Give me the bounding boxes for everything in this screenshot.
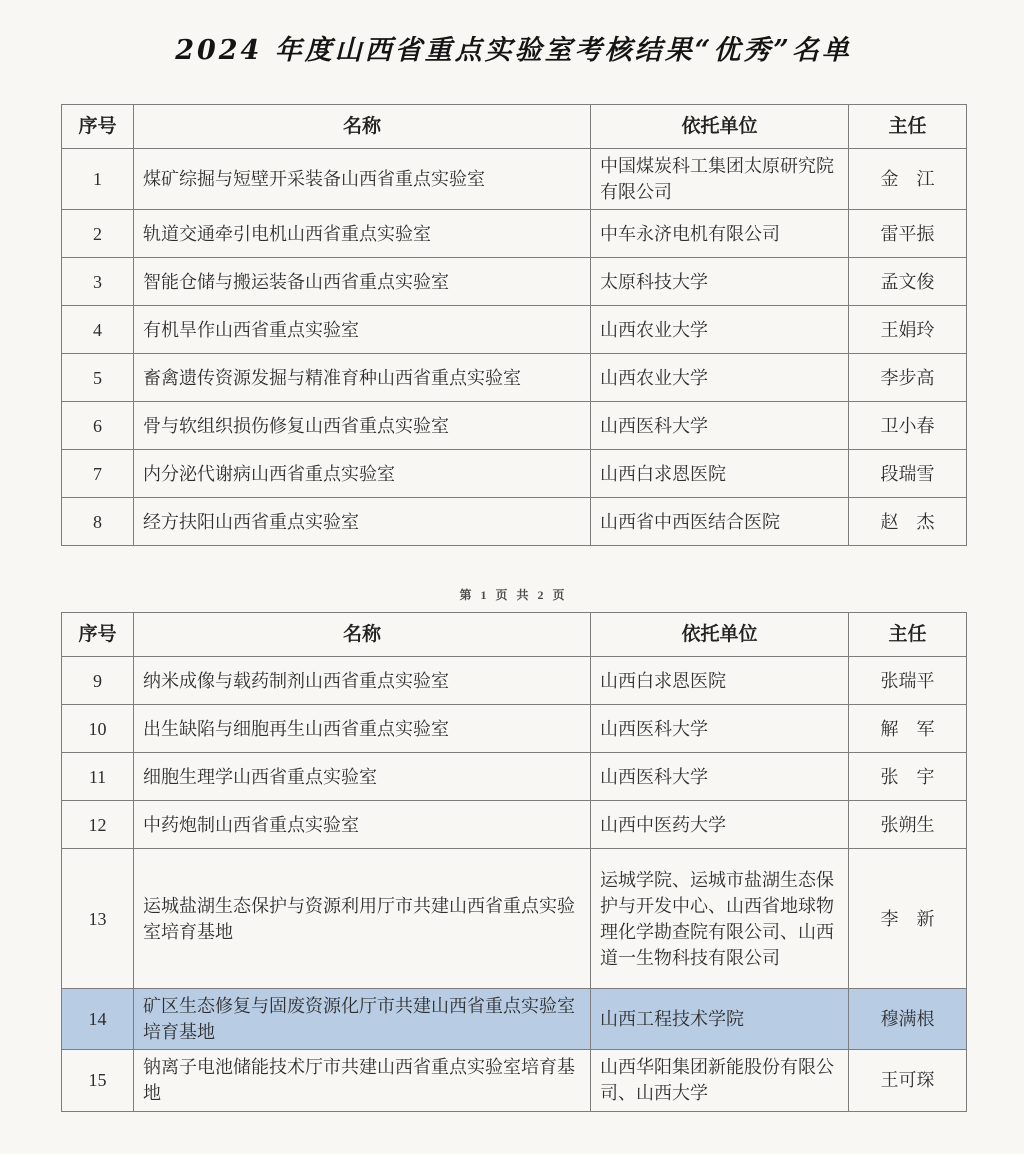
host-unit-cell: 山西华阳集团新能股份有限公司、山西大学 xyxy=(591,1050,849,1111)
column-header-name: 名称 xyxy=(134,613,591,657)
director-cell: 金 江 xyxy=(849,149,967,210)
table-row: 12 中药炮制山西省重点实验室 山西中医药大学 张朔生 xyxy=(62,801,967,849)
table-row-highlighted: 14 矿区生态修复与固废资源化厅市共建山西省重点实验室培育基地 山西工程技术学院… xyxy=(62,989,967,1050)
lab-name-cell: 细胞生理学山西省重点实验室 xyxy=(134,753,591,801)
host-unit-cell: 太原科技大学 xyxy=(591,258,849,306)
column-header-no: 序号 xyxy=(62,613,134,657)
table-header-row: 序号 名称 依托单位 主任 xyxy=(62,613,967,657)
column-header-director: 主任 xyxy=(849,105,967,149)
table-row: 15 钠离子电池储能技术厅市共建山西省重点实验室培育基地 山西华阳集团新能股份有… xyxy=(62,1050,967,1111)
director-cell: 孟文俊 xyxy=(849,258,967,306)
row-number-cell: 1 xyxy=(62,149,134,210)
director-cell: 张 宇 xyxy=(849,753,967,801)
host-unit-cell: 山西医科大学 xyxy=(591,402,849,450)
host-unit-cell: 山西医科大学 xyxy=(591,705,849,753)
host-unit-cell: 山西省中西医结合医院 xyxy=(591,498,849,546)
lab-name-cell: 矿区生态修复与固废资源化厅市共建山西省重点实验室培育基地 xyxy=(134,989,591,1050)
table-row: 4 有机旱作山西省重点实验室 山西农业大学 王娟玲 xyxy=(62,306,967,354)
lab-name-cell: 经方扶阳山西省重点实验室 xyxy=(134,498,591,546)
lab-name-cell: 纳米成像与载药制剂山西省重点实验室 xyxy=(134,657,591,705)
director-cell: 王娟玲 xyxy=(849,306,967,354)
row-number-cell: 3 xyxy=(62,258,134,306)
lab-name-cell: 有机旱作山西省重点实验室 xyxy=(134,306,591,354)
lab-name-cell: 骨与软组织损伤修复山西省重点实验室 xyxy=(134,402,591,450)
lab-name-cell: 运城盐湖生态保护与资源利用厅市共建山西省重点实验室培育基地 xyxy=(134,849,591,989)
row-number-cell: 12 xyxy=(62,801,134,849)
host-unit-cell: 山西农业大学 xyxy=(591,354,849,402)
document-page: 2024 年度山西省重点实验室考核结果“优秀”名单 序号 名称 依托单位 主任 … xyxy=(0,0,1024,1112)
director-cell: 段瑞雪 xyxy=(849,450,967,498)
page-title: 2024 年度山西省重点实验室考核结果“优秀”名单 xyxy=(61,28,966,67)
lab-name-cell: 煤矿综掘与短壁开采装备山西省重点实验室 xyxy=(134,149,591,210)
lab-name-cell: 钠离子电池储能技术厅市共建山西省重点实验室培育基地 xyxy=(134,1050,591,1111)
row-number-cell: 13 xyxy=(62,849,134,989)
lab-name-cell: 中药炮制山西省重点实验室 xyxy=(134,801,591,849)
director-cell: 赵 杰 xyxy=(849,498,967,546)
column-header-director: 主任 xyxy=(849,613,967,657)
row-number-cell: 7 xyxy=(62,450,134,498)
table-row: 9 纳米成像与载药制剂山西省重点实验室 山西白求恩医院 张瑞平 xyxy=(62,657,967,705)
table-row: 7 内分泌代谢病山西省重点实验室 山西白求恩医院 段瑞雪 xyxy=(62,450,967,498)
table-row: 10 出生缺陷与细胞再生山西省重点实验室 山西医科大学 解 军 xyxy=(62,705,967,753)
table-row: 3 智能仓储与搬运装备山西省重点实验室 太原科技大学 孟文俊 xyxy=(62,258,967,306)
lab-name-cell: 畜禽遗传资源发掘与精准育种山西省重点实验室 xyxy=(134,354,591,402)
table-row: 6 骨与软组织损伤修复山西省重点实验室 山西医科大学 卫小春 xyxy=(62,402,967,450)
host-unit-cell: 山西农业大学 xyxy=(591,306,849,354)
lab-table-page1: 序号 名称 依托单位 主任 1 煤矿综掘与短壁开采装备山西省重点实验室 中国煤炭… xyxy=(61,104,967,546)
lab-name-cell: 智能仓储与搬运装备山西省重点实验室 xyxy=(134,258,591,306)
table-row: 13 运城盐湖生态保护与资源利用厅市共建山西省重点实验室培育基地 运城学院、运城… xyxy=(62,849,967,989)
host-unit-cell: 山西白求恩医院 xyxy=(591,450,849,498)
row-number-cell: 11 xyxy=(62,753,134,801)
lab-name-cell: 出生缺陷与细胞再生山西省重点实验室 xyxy=(134,705,591,753)
director-cell: 张瑞平 xyxy=(849,657,967,705)
row-number-cell: 14 xyxy=(62,989,134,1050)
column-header-name: 名称 xyxy=(134,105,591,149)
host-unit-cell: 山西医科大学 xyxy=(591,753,849,801)
page-indicator: 第 1 页 共 2 页 xyxy=(61,586,966,603)
lab-name-cell: 轨道交通牵引电机山西省重点实验室 xyxy=(134,210,591,258)
table-header-row: 序号 名称 依托单位 主任 xyxy=(62,105,967,149)
director-cell: 李步高 xyxy=(849,354,967,402)
lab-table-page2: 序号 名称 依托单位 主任 9 纳米成像与载药制剂山西省重点实验室 山西白求恩医… xyxy=(61,612,967,1111)
row-number-cell: 15 xyxy=(62,1050,134,1111)
row-number-cell: 10 xyxy=(62,705,134,753)
host-unit-cell: 中车永济电机有限公司 xyxy=(591,210,849,258)
table-row: 5 畜禽遗传资源发掘与精准育种山西省重点实验室 山西农业大学 李步高 xyxy=(62,354,967,402)
host-unit-cell: 山西中医药大学 xyxy=(591,801,849,849)
director-cell: 解 军 xyxy=(849,705,967,753)
row-number-cell: 2 xyxy=(62,210,134,258)
row-number-cell: 5 xyxy=(62,354,134,402)
host-unit-cell: 运城学院、运城市盐湖生态保护与开发中心、山西省地球物理化学勘查院有限公司、山西道… xyxy=(591,849,849,989)
column-header-no: 序号 xyxy=(62,105,134,149)
row-number-cell: 4 xyxy=(62,306,134,354)
row-number-cell: 6 xyxy=(62,402,134,450)
column-header-unit: 依托单位 xyxy=(591,105,849,149)
row-number-cell: 8 xyxy=(62,498,134,546)
column-header-unit: 依托单位 xyxy=(591,613,849,657)
table-row: 11 细胞生理学山西省重点实验室 山西医科大学 张 宇 xyxy=(62,753,967,801)
director-cell: 张朔生 xyxy=(849,801,967,849)
director-cell: 卫小春 xyxy=(849,402,967,450)
host-unit-cell: 山西白求恩医院 xyxy=(591,657,849,705)
host-unit-cell: 山西工程技术学院 xyxy=(591,989,849,1050)
director-cell: 雷平振 xyxy=(849,210,967,258)
row-number-cell: 9 xyxy=(62,657,134,705)
director-cell: 王可琛 xyxy=(849,1050,967,1111)
director-cell: 李 新 xyxy=(849,849,967,989)
table-row: 8 经方扶阳山西省重点实验室 山西省中西医结合医院 赵 杰 xyxy=(62,498,967,546)
table-row: 1 煤矿综掘与短壁开采装备山西省重点实验室 中国煤炭科工集团太原研究院有限公司 … xyxy=(62,149,967,210)
host-unit-cell: 中国煤炭科工集团太原研究院有限公司 xyxy=(591,149,849,210)
director-cell: 穆满根 xyxy=(849,989,967,1050)
lab-name-cell: 内分泌代谢病山西省重点实验室 xyxy=(134,450,591,498)
table-row: 2 轨道交通牵引电机山西省重点实验室 中车永济电机有限公司 雷平振 xyxy=(62,210,967,258)
